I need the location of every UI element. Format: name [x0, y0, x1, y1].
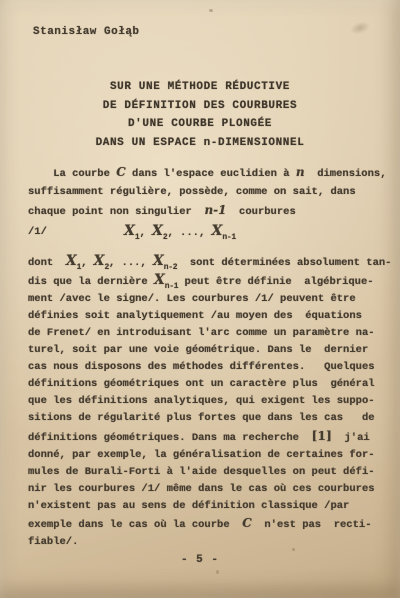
text-line: définies soit analytiquement /au moyen d…	[28, 308, 392, 325]
text-line: définitions géométriques ont un caractèr…	[28, 376, 392, 393]
text-run: sitions de régularité plus fortes que da…	[28, 412, 375, 424]
math-symbol: X	[152, 223, 163, 239]
math-symbol: X	[212, 223, 223, 239]
text-run: exemple dans le cas où la courbe	[28, 519, 242, 531]
text-line: sitions de régularité plus fortes que da…	[28, 410, 392, 427]
text-run: dis que la dernière	[28, 276, 154, 288]
author-name: Stanisław Gołąb	[33, 26, 140, 38]
text-run: dans l'espace euclidien à	[126, 168, 296, 180]
text-run: n'est pas recti-	[252, 519, 372, 531]
text-run: de Frenet/ en introduisant l'arc comme u…	[28, 327, 375, 339]
title-line: DANS UN ESPACE n-DIMENSIONNEL	[0, 134, 400, 153]
text-run: peut être définie algébrique-	[178, 276, 373, 288]
citation-ref: [1]	[312, 428, 332, 443]
math-subscript: 1	[135, 233, 140, 242]
text-line: dis que la dernière Xn-1 peut être défin…	[28, 272, 392, 291]
math-italic: C	[116, 165, 126, 179]
text-line: donné, par exemple, la généralisation de…	[28, 447, 392, 464]
text-run: que les définitions analytiques, qui exi…	[28, 395, 375, 407]
math-symbol: X	[153, 253, 164, 269]
text-line: mules de Burali-Forti à l'aide desquelle…	[28, 464, 392, 481]
page-number: - 5 -	[0, 554, 400, 566]
text-run: ,	[139, 227, 152, 239]
title-line: D'UNE COURBE PLONGÉE	[0, 115, 400, 134]
text-run: nir les courbures /1/ même dans le cas o…	[28, 483, 375, 495]
math-symbol: X	[124, 223, 135, 239]
text-run: n'existent pas au sens de définition cla…	[28, 500, 349, 512]
text-run: dont	[28, 257, 66, 269]
text-run: cas nous disposons des méthodes différen…	[28, 361, 375, 373]
text-run: définitions géométriques. Dans ma recher…	[28, 432, 312, 444]
text-line: nir les courbures /1/ même dans le cas o…	[28, 481, 392, 498]
text-run: ,	[81, 257, 94, 269]
paper-speck	[209, 9, 213, 12]
text-run: j'ai	[332, 432, 370, 444]
math-subscript: n-1	[165, 282, 178, 291]
ink-smudge	[344, 16, 376, 40]
math-symbol: X	[66, 253, 77, 269]
title-line: SUR UNE MÉTHODE RÉDUCTIVE	[0, 78, 400, 97]
text-run: ment /avec le signe/. Les courbures /1/ …	[28, 293, 356, 305]
title-line: DE DÉFINITION DES COURBURES	[0, 97, 400, 116]
text-run: turel, soit par une voie géométrique. Da…	[28, 344, 368, 356]
text-line: chaque point non singulier n-1 courbures	[28, 201, 387, 221]
math-italic: n-1	[204, 203, 226, 217]
paper-speck	[216, 570, 219, 574]
text-run: fiable/.	[28, 536, 78, 548]
text-run: La courbe	[28, 168, 116, 180]
math-subscript: 1	[77, 263, 81, 272]
text-run: sont déterminées absolument tan-	[177, 257, 391, 269]
paragraph-intro: La courbe C dans l'espace euclidien à n …	[28, 163, 387, 221]
math-subscript: n-1	[222, 233, 236, 242]
text-line: suffisamment régulière, possède, comme o…	[28, 183, 387, 201]
math-subscript: 2	[163, 233, 168, 242]
text-run: définitions géométriques ont un caractèr…	[28, 378, 375, 390]
text-line: définitions géométriques. Dans ma recher…	[28, 427, 392, 447]
math-symbol: X	[154, 272, 165, 288]
text-line: n'existent pas au sens de définition cla…	[28, 498, 392, 515]
scanned-paper-page: Stanisław Gołąb SUR UNE MÉTHODE RÉDUCTIV…	[0, 0, 400, 598]
math-subscript: n-2	[164, 263, 177, 272]
paragraph-main: dont X1, X2, ..., Xn-2 sont déterminées …	[28, 253, 392, 551]
text-run: chaque point non singulier	[28, 206, 204, 218]
text-line: fiable/.	[28, 534, 392, 551]
text-run: suffisamment régulière, possède, comme o…	[28, 186, 356, 198]
formula-block: /1/ X1, X2, ..., Xn-1	[28, 223, 372, 245]
text-line: ment /avec le signe/. Les courbures /1/ …	[28, 291, 392, 308]
text-run: dimensions,	[305, 168, 387, 180]
math-subscript: 2	[104, 263, 108, 272]
text-line: La courbe C dans l'espace euclidien à n …	[28, 163, 387, 183]
formula-expression: X1, X2, ..., Xn-1	[28, 223, 332, 239]
text-line: cas nous disposons des méthodes différen…	[28, 359, 392, 376]
text-run: donné, par exemple, la généralisation de…	[28, 449, 375, 461]
math-symbol: X	[94, 253, 105, 269]
text-line: exemple dans le cas où la courbe C n'est…	[28, 515, 392, 534]
text-line: dont X1, X2, ..., Xn-2 sont déterminées …	[28, 253, 392, 272]
text-line: turel, soit par une voie géométrique. Da…	[28, 342, 392, 359]
text-run: , ...,	[167, 227, 211, 239]
text-run: mules de Burali-Forti à l'aide desquelle…	[28, 466, 375, 478]
text-run: définies soit analytiquement /au moyen d…	[28, 310, 362, 322]
text-line: que les définitions analytiques, qui exi…	[28, 393, 392, 410]
paper-title: SUR UNE MÉTHODE RÉDUCTIVEDE DÉFINITION D…	[0, 78, 400, 152]
text-run: courbures	[226, 206, 295, 218]
text-line: de Frenet/ en introduisant l'arc comme u…	[28, 325, 392, 342]
text-run: , ...,	[109, 257, 153, 269]
math-italic: C	[242, 516, 252, 530]
math-italic: n	[296, 165, 305, 179]
